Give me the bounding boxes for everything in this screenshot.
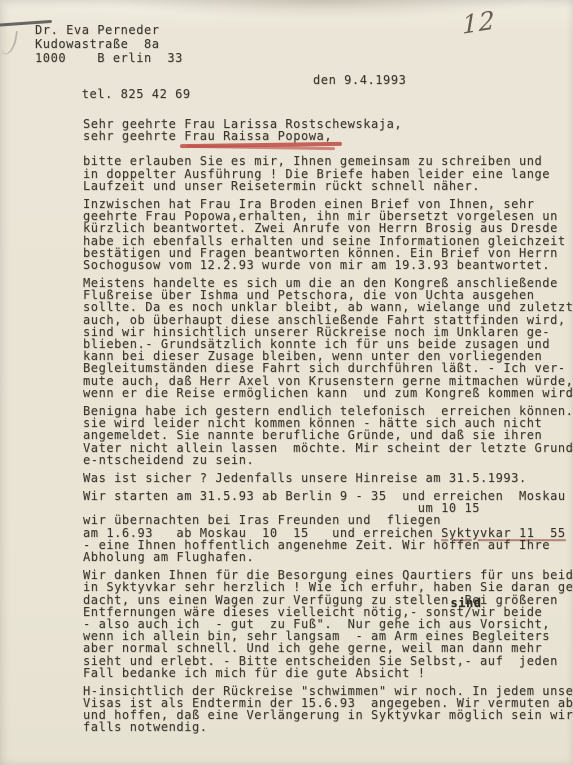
letter-line: Fall bedanke ich mich für die gute Absic… bbox=[83, 667, 573, 679]
text-segment: wenn er die Reise ermöglichen kann und z… bbox=[83, 386, 573, 400]
text-segment: e-ntscheidend zu sein. bbox=[83, 453, 254, 467]
letter-header: Dr. Eva PernederKudowastraße 8a1000 B er… bbox=[35, 23, 191, 87]
letter-line: sehr geehrte Frau Raissa Popowa, bbox=[83, 130, 573, 142]
paragraph-benigna: Benigna habe ich gestern endlich telefon… bbox=[83, 405, 573, 466]
letter-date: den 9.4.1993 bbox=[313, 73, 406, 87]
paragraph-correspondence: Inzwischen hat Frau Ira Broden einen Bri… bbox=[83, 198, 573, 271]
text-segment: 1000 B erlin 33 bbox=[35, 51, 183, 65]
letter-body: Sehr geehrte Frau Larissa Rostschewskaja… bbox=[83, 118, 573, 740]
letter-line: 1000 B erlin 33 bbox=[35, 51, 191, 65]
text-segment: Was ist sicher ? Jedenfalls unsere Hinre… bbox=[83, 471, 527, 485]
telephone-number: tel. 825 42 69 bbox=[82, 87, 191, 101]
letter-line: Laufzeit und unser Reisetermin rückt sch… bbox=[83, 180, 573, 192]
letter-line: Kudowastraße 8a bbox=[35, 37, 191, 51]
text-segment: Abholung am Flughafen. bbox=[83, 550, 254, 564]
letter-line: Sochogusow vom 12.2.93 wurde von mir am … bbox=[83, 259, 573, 271]
paragraph-quartier-thanks: Wir danken Ihnen für die Besorgung eines… bbox=[83, 569, 573, 679]
paragraph-salutation: Sehr geehrte Frau Larissa Rostschewskaja… bbox=[83, 118, 573, 142]
text-segment: Kudowastraße 8a bbox=[35, 37, 160, 51]
paragraph-river-trip: Meistens handelte es sich um die an den … bbox=[83, 277, 573, 399]
text-segment: Sochogusow vom 12.2.93 wurde von mir am … bbox=[83, 258, 550, 272]
tel-date-line: tel. 825 42 69 den 9.4.1993 bbox=[35, 73, 191, 87]
sender-address: Dr. Eva PernederKudowastraße 8a1000 B er… bbox=[35, 23, 191, 65]
letter-line: Was ist sicher ? Jedenfalls unsere Hinre… bbox=[83, 472, 573, 484]
text-segment: falls notwendig. bbox=[83, 720, 208, 734]
paragraph-itinerary: Wir starten am 31.5.93 ab Berlin 9 - 35 … bbox=[83, 490, 573, 563]
text-segment: Fall bedanke ich mich für die gute Absic… bbox=[83, 666, 426, 680]
paragraph-opening: bitte erlauben Sie es mir, Ihnen gemeins… bbox=[83, 155, 573, 192]
inserted-word: sind bbox=[450, 597, 481, 609]
text-segment: Laufzeit und unser Reisetermin rückt sch… bbox=[83, 179, 480, 193]
paragraph-return-trip: H-insichtlich der Rückreise "schwimmen" … bbox=[83, 685, 573, 734]
text-segment: sehr geehrte bbox=[83, 129, 184, 143]
paragraph-certainty: Was ist sicher ? Jedenfalls unsere Hinre… bbox=[83, 472, 573, 484]
pencil-scribble bbox=[1, 29, 18, 56]
letter-line: Abholung am Flughafen. bbox=[83, 551, 573, 563]
text-segment: Dr. Eva Perneder bbox=[35, 23, 160, 37]
red-underline-mark: Frau Raissa Popowa, bbox=[184, 129, 332, 143]
letter-line: falls notwendig. bbox=[83, 721, 573, 733]
letter-line: e-ntscheidend zu sein. bbox=[83, 454, 573, 466]
letter-page: 12 Dr. Eva PernederKudowastraße 8a1000 B… bbox=[0, 0, 573, 765]
letter-line: Dr. Eva Perneder bbox=[35, 23, 191, 37]
letter-line: wenn er die Reise ermöglichen kann und z… bbox=[83, 387, 573, 399]
page-number-annotation: 12 bbox=[462, 5, 496, 40]
